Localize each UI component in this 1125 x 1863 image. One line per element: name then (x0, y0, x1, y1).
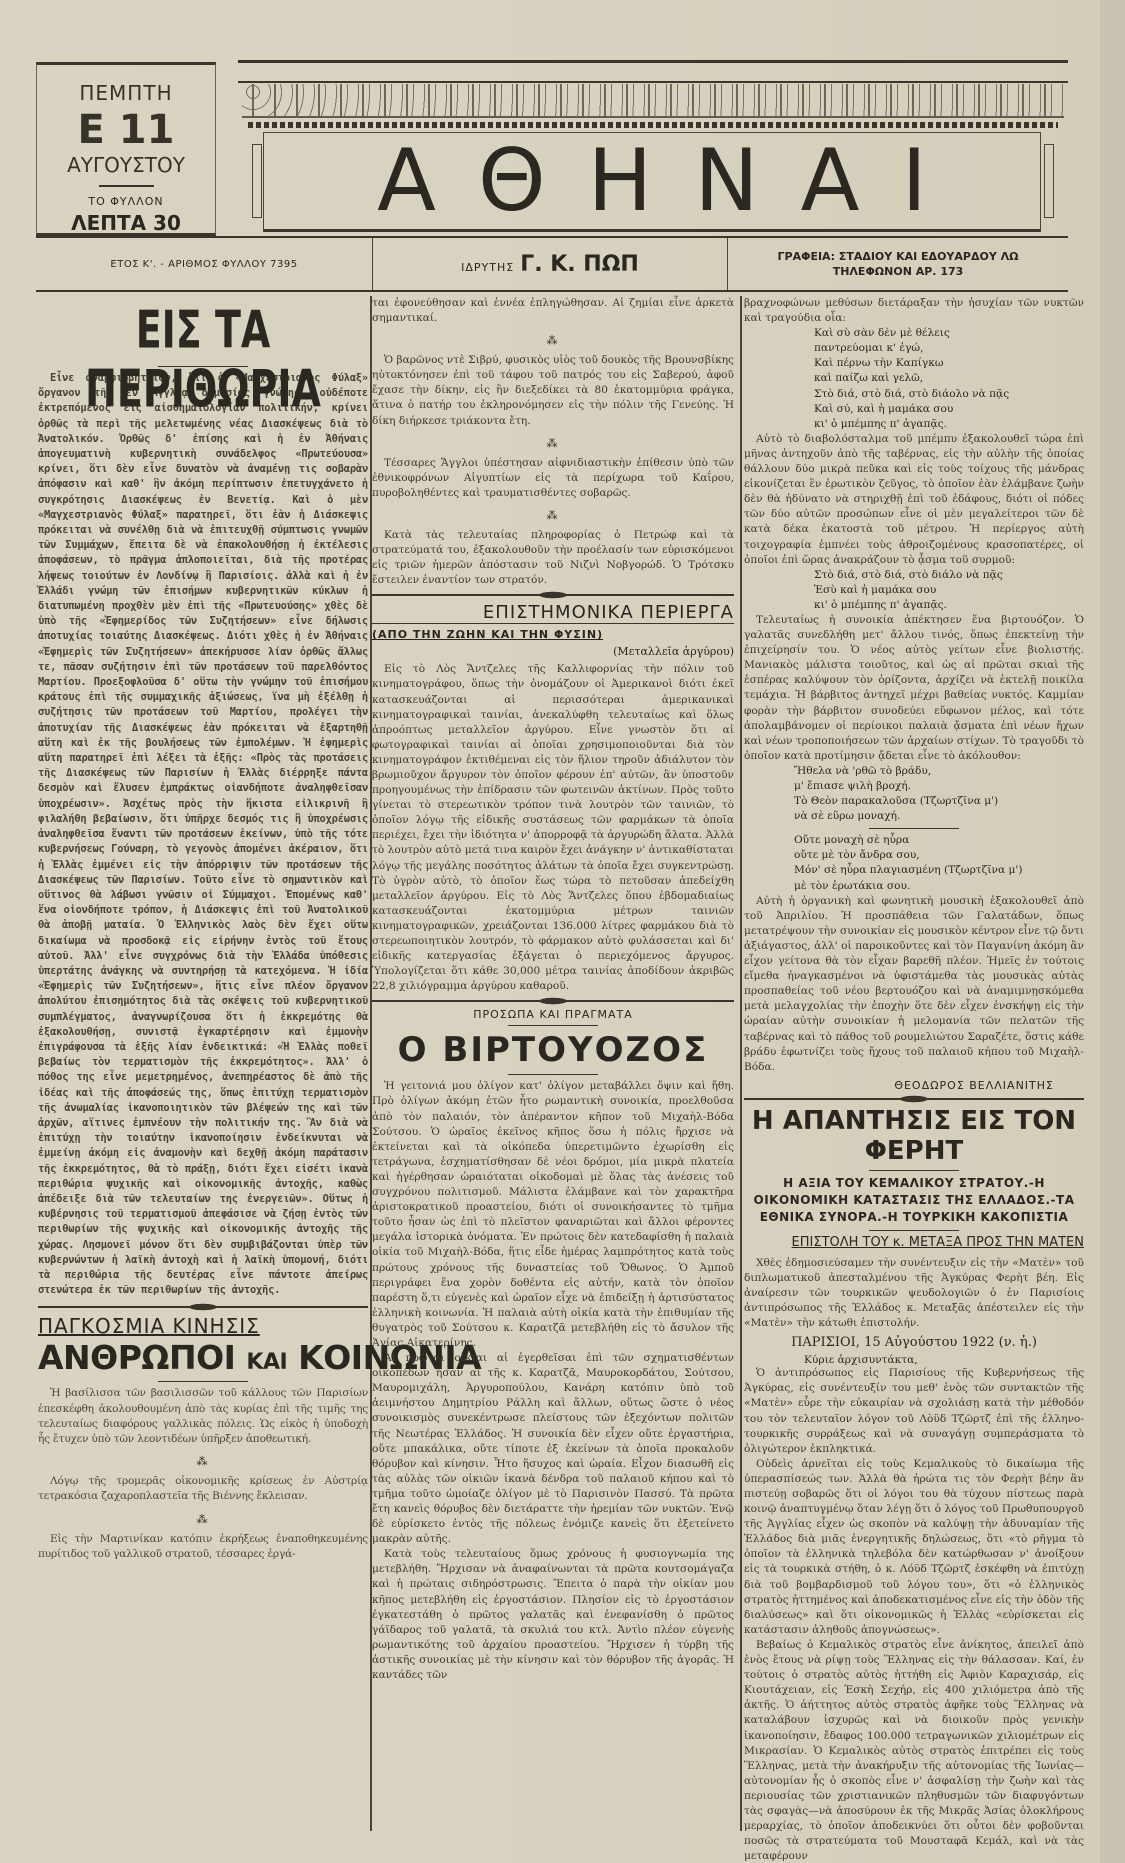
banner-ear-left (252, 144, 262, 218)
reply-body: Οὐδεὶς ἀρνεῖται εἰς τοὺς Κεμαλικοὺς τὸ δ… (744, 1457, 1084, 1638)
reply-headline: Η ΑΠΑΝΤΗΣΙΣ ΕΙΣ ΤΟΝ ΦΕΡΗΤ (744, 1106, 1084, 1166)
science-body: Εἰς τὸ Λὸς Ἄντζελες τῆς Καλλιφορνίας τὴν… (372, 662, 734, 994)
divider (99, 185, 154, 187)
divider (508, 1074, 598, 1075)
reply-deck: Η ΑΞΙΑ ΤΟΥ ΚΕΜΑΛΙΚΟΥ ΣΤΡΑΤΟΥ.-Η ΟΙΚΟΝΟΜΙ… (744, 1175, 1084, 1226)
news-item: Εἰς τὴν Μαρτινίκαν κατόπιν ἐκρήξεως ἐναπ… (38, 1532, 368, 1562)
section-headline: ΑΝΘΡΩΠΟΙ ΚΑΙ ΚΟΙΝΩΝΙΑ (38, 1338, 368, 1377)
news-item: Κατὰ τὰς τελευταίας πληροφορίας ὁ Πετρώφ… (372, 528, 734, 588)
phone-number: ΤΗΛΕΦΩΝΟΝ ΑΡ. 173 (833, 264, 964, 279)
verse-block: Στὸ διά, στὸ διά, στὸ διάλο νὰ πᾷςἘσὺ κα… (814, 568, 1084, 613)
weekday: ΠΕΜΠΤΗ (37, 81, 215, 105)
founder-info: ΙΔΡΥΤΗΣΓ. Κ. ΠΩΠ (373, 238, 728, 290)
sheet-label: ΤΟ ΦΥΛΛΟΝ (37, 195, 215, 208)
section-kicker: ΠΑΓΚΟΣΜΙΑ ΚΙΝΗΣΙΣ (38, 1314, 368, 1338)
banner-ear-right (1044, 144, 1054, 218)
price: ΛΕΠΤΑ 30 (37, 211, 215, 235)
verse-block: Οὔτε μοναχὴ σὲ ηὗραοὔτε μὲ τὸν ἄνδρα σου… (794, 833, 1084, 893)
dateline: ΠΑΡΙΣΙΟΙ, 15 Αὐγούστου 1922 (ν. ἡ.) (744, 1335, 1084, 1350)
author-byline: ΘΕΟΔΩΡΟΣ ΒΕΛΛΙΑΝΙΤΗΣ (744, 1079, 1054, 1092)
reply-body: Βεβαίως ὁ Κεμαλικὸς στρατὸς εἶνε ἀνίκητο… (744, 1638, 1084, 1863)
bead-molding-ornament (248, 122, 1058, 128)
founder-label: ΙΔΡΥΤΗΣ (461, 261, 514, 274)
feature-body: Κατὰ τοὺς τελευταίους ὅμως χρόνους ἡ φυσ… (372, 1547, 734, 1683)
news-item: Ὁ βαρῶνος ντὲ Σιβρύ, φυσικὸς υἱὸς τοῦ δο… (372, 353, 734, 428)
title-panel: ΑΘΗΝΑΙ (263, 132, 1041, 232)
column-2: ται ἐφονεύθησαν καὶ ἐννέα ἐπληγώθησαν. Α… (372, 296, 734, 1683)
feature-kicker: ΠΡΟΣΩΠΑ ΚΑΙ ΠΡΑΓΜΑΤΑ (372, 1008, 734, 1021)
masthead-banner: ΑΘΗΝΑΙ (238, 60, 1068, 230)
divider (869, 828, 959, 829)
ornamental-divider (372, 1000, 734, 1002)
column-3: βραχνοφώνων μεθύσων διετάραξαν τὴν ἡσυχί… (744, 296, 1084, 1863)
feature-body: Αὐτὴ ἡ ὀργανικὴ καὶ φωνητικὴ μουσικὴ ἐξα… (744, 894, 1084, 1075)
feature-body: Τελευταίως ἡ συνοικία ἀπέκτησεν ἕνα βιρτ… (744, 613, 1084, 764)
column-1: ΕΙΣ ΤΑ ΠΕΡΙΘΩΡΙΑ Εἶνε ἀναμφισβήτητον, ὅτ… (38, 296, 368, 1562)
offices-info: ΓΡΑΦΕΙΑ: ΣΤΑΔΙΟΥ ΚΑΙ ΕΔΟΥΑΡΔΟΥ ΛΩ ΤΗΛΕΦΩ… (728, 238, 1068, 290)
divider (869, 1170, 959, 1171)
feature-headline: Ο ΒΙΡΤΟΥΟΖΟΣ (372, 1030, 734, 1070)
divider (158, 1381, 248, 1382)
reply-body: Ὁ ἀντιπρόσωπος εἰς Παρισίους τῆς Κυβερνή… (744, 1366, 1084, 1457)
page-edge (1100, 0, 1125, 1863)
news-item: Λόγῳ τῆς τρομερᾶς οἰκονομικῆς κρίσεως ἐν… (38, 1474, 368, 1504)
month: ΑΥΓΟΥΣΤΟΥ (37, 153, 215, 177)
ornamental-divider (372, 594, 734, 596)
science-topic: (Μεταλλεῖα ἀργύρου) (372, 645, 734, 658)
offices-address: ΓΡΑΦΕΙΑ: ΣΤΑΔΙΟΥ ΚΑΙ ΕΔΟΥΑΡΔΟΥ ΛΩ (778, 249, 1019, 264)
editorial-body: Εἶνε ἀναμφισβήτητον, ὅτι ὁ «Μαγχεστριανὸ… (38, 371, 368, 1298)
reply-intro: Χθὲς ἐδημοσιεύσαμεν τὴν συνέντευξιν εἰς … (744, 1256, 1084, 1331)
reply-subhead: ΕΠΙΣΤΟΛΗ ΤΟΥ κ. ΜΕΤΑΞΑ ΠΡΟΣ ΤΗΝ ΜΑΤΕΝ (744, 1235, 1084, 1250)
founder-name: Γ. Κ. ΠΩΠ (520, 252, 639, 277)
column-rule (740, 296, 742, 1831)
continued-text: ται ἐφονεύθησαν καὶ ἐννέα ἐπληγώθησαν. Α… (372, 296, 734, 326)
news-item: Ἡ βασίλισσα τῶν βασιλισσῶν τοῦ κάλλους τ… (38, 1386, 368, 1447)
date-number: Ε 11 (37, 109, 215, 151)
anthemion-frieze-ornament (242, 84, 1064, 118)
ornamental-divider (744, 1098, 1084, 1100)
asterism-separator: ⁂ (38, 1513, 368, 1526)
feature-body: Ἡ γειτονιά μου ὀλίγον κατ' ὀλίγον μεταβά… (372, 1079, 734, 1351)
verse-block: Ἤθελα νὰ 'ρθῶ τὸ βράδυ,μ' ἔπιασε ψιλὴ βρ… (794, 764, 1084, 824)
newspaper-title: ΑΘΗΝΑΙ (335, 131, 969, 231)
salutation: Κύριε ἀρχισυντάκτα, (804, 1354, 1084, 1366)
continued-text: βραχνοφώνων μεθύσων διετάραξαν τὴν ἡσυχί… (744, 296, 1084, 326)
cornice-ornament (238, 60, 1068, 83)
science-headline: ΕΠΙΣΤΗΜΟΝΙΚΑ ΠΕΡΙΕΡΓΑ (372, 602, 734, 624)
date-box: ΠΕΜΠΤΗ Ε 11 ΑΥΓΟΥΣΤΟΥ ΤΟ ΦΥΛΛΟΝ ΛΕΠΤΑ 30 (36, 62, 216, 236)
feature-body: Αἱ πρῶται οἰκίαι αἱ ἐγερθεῖσαι ἐπὶ τῶν σ… (372, 1351, 734, 1547)
asterism-separator: ⁂ (372, 334, 734, 347)
issue-info: ΕΤΟΣ Κ'. - ΑΡΙΘΜΟΣ ΦΥΛΛΟΥ 7395 (36, 238, 373, 290)
science-subhead: (ΑΠΟ ΤΗΝ ΖΩΗΝ ΚΑΙ ΤΗΝ ΦΥΣΙΝ) (372, 628, 734, 641)
divider (869, 1230, 959, 1231)
editorial-headline: ΕΙΣ ΤΑ ΠΕΡΙΘΩΡΙΑ (38, 300, 368, 384)
divider (508, 1025, 598, 1026)
asterism-separator: ⁂ (372, 437, 734, 450)
asterism-separator: ⁂ (372, 509, 734, 522)
ornamental-divider (38, 1306, 368, 1308)
asterism-separator: ⁂ (38, 1455, 368, 1468)
feature-body: Αὐτὸ τὸ διαβολόσταλμα τοῦ μπέμπυ ἐξακολο… (744, 432, 1084, 568)
news-item: Τέσσαρες Ἄγγλοι ὑπέστησαν αἰφνιδιαστικὴν… (372, 456, 734, 501)
info-bar: ΕΤΟΣ Κ'. - ΑΡΙΘΜΟΣ ΦΥΛΛΟΥ 7395 ΙΔΡΥΤΗΣΓ.… (36, 236, 1068, 292)
verse-block: Καὶ σὺ σὰν δὲν μὲ θέλειςπαντρεύομαι κ' ἐ… (814, 326, 1084, 432)
